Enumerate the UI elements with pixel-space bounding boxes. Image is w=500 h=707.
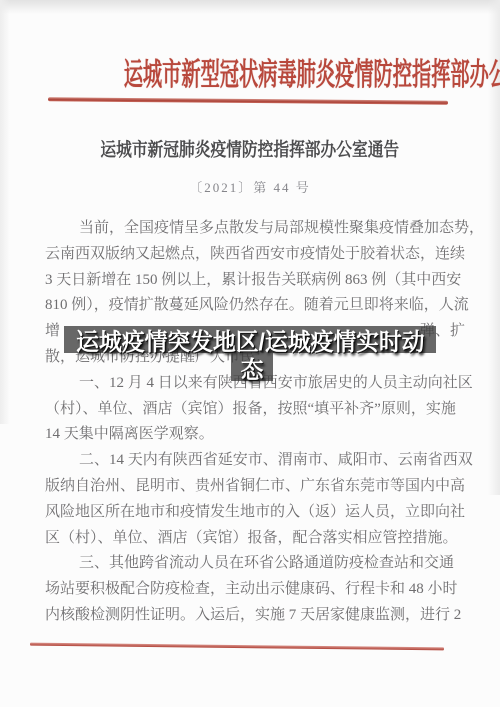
body-line-13: 区（村）、单位、酒店（宾馆）报备，配合落实相应管控措施。 bbox=[45, 526, 465, 552]
body-line-8: （村）、单位、酒店（宾馆）报备，按照“填平补齐”原则，实施 bbox=[45, 397, 465, 423]
headline-overlay-text-line2: 态 bbox=[241, 350, 264, 385]
photo-edge-top bbox=[0, 0, 500, 14]
document-title-text: 运城市新冠肺炎疫情防控指挥部办公室通告 bbox=[101, 136, 400, 162]
body-line-12: 风险地区所在地市和疫情发生地市的入（返）运人员，立即向社 bbox=[45, 500, 465, 526]
letterhead-banner: 运城市新型冠状病毒肺炎疫情防控指挥部办公室 bbox=[0, 50, 500, 100]
body-line-10: 二、14 天内有陕西省延安市、渭南市、咸阳市、云南省西双 bbox=[45, 448, 465, 474]
document-title: 运城市新冠肺炎疫情防控指挥部办公室通告 bbox=[0, 136, 500, 162]
body-line-1: 当前，全国疫情呈多点散发与局部规模性聚集疫情叠加态势， bbox=[45, 216, 465, 242]
body-line-9: 14 天集中隔离医学观察。 bbox=[45, 422, 465, 448]
letterhead-banner-text: 运城市新型冠状病毒肺炎疫情防控指挥部办公室 bbox=[124, 50, 500, 100]
body-line-15: 场站要积极配合防疫检查，主动出示健康码、行程卡和 48 小时 bbox=[45, 577, 465, 603]
body-line-4: 810 例），疫情扩散蔓延风险仍然存在。随着元旦即将来临，人流 bbox=[45, 293, 465, 319]
bottom-red-rule bbox=[30, 643, 444, 651]
body-line-11: 版纳自治州、昆明市、贵州省铜仁市、广东省东莞市等国内中高 bbox=[45, 474, 465, 500]
body-line-14: 三、其他跨省流动人员在环省公路通道防疫检查站和交通 bbox=[45, 551, 465, 577]
body-line-16: 内核酸检测阴性证明。入运后，实施 7 天居家健康监测，进行 2 bbox=[45, 603, 465, 629]
document-body: 当前，全国疫情呈多点散发与局部规模性聚集疫情叠加态势，云南西双版纳又起燃点，陕西… bbox=[45, 216, 465, 629]
body-line-2: 云南西双版纳又起燃点，陕西省西安市疫情处于胶着状态，连续 bbox=[45, 242, 465, 268]
body-line-5-left-fragment: 增 bbox=[45, 319, 60, 345]
body-line-3: 3 天日新增在 150 例以上，累计报告关联病例 863 例（其中西安 bbox=[45, 268, 465, 294]
document-photo: 运城市新型冠状病毒肺炎疫情防控指挥部办公室 运城市新冠肺炎疫情防控指挥部办公室通… bbox=[0, 0, 500, 707]
headline-overlay-bar-line2: 态 bbox=[231, 353, 273, 381]
document-number: 〔2021〕第 44 号 bbox=[0, 177, 500, 196]
